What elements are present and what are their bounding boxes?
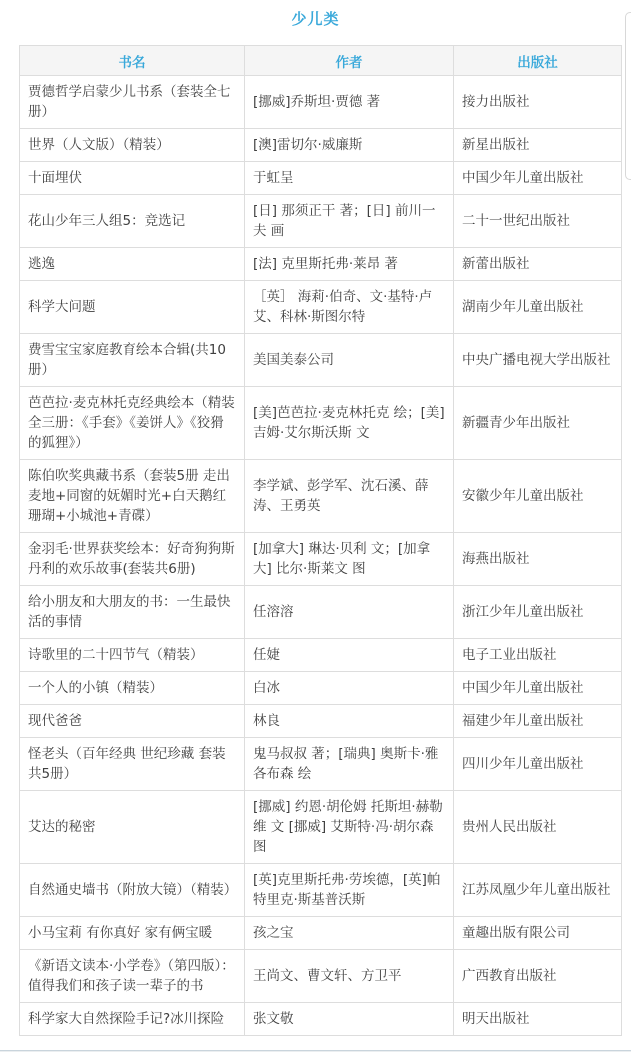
author-cell: 张文敬 (245, 1003, 454, 1036)
column-header-author: 作者 (245, 46, 454, 76)
table-row: 艾达的秘密[挪威] 约恩·胡伦姆 托斯坦·赫勒维 文 [挪威] 艾斯特·冯·胡尔… (20, 791, 622, 864)
partial-side-panel-edge (625, 12, 631, 180)
table-row: 《新语文读本·小学卷》（第四版）：值得我们和孩子读一辈子的书王尚文、曹文轩、方卫… (20, 950, 622, 1003)
book-title-cell: 十面埋伏 (20, 162, 245, 195)
table-row: 科学大问题［英］ 海莉·伯奇、文·基特·卢艾、科林·斯图尔特湖南少年儿童出版社 (20, 281, 622, 334)
publisher-cell: 广西教育出版社 (454, 950, 622, 1003)
publisher-cell: 贵州人民出版社 (454, 791, 622, 864)
publisher-cell: 四川少年儿童出版社 (454, 738, 622, 791)
book-title-cell: 陈伯吹奖典藏书系（套装5册 走出麦地+同窗的妩媚时光+白天鹅红珊瑚+小城池+青碟… (20, 460, 245, 533)
book-table: 书名 作者 出版社 贾德哲学启蒙少儿书系（套装全七册）[挪威]乔斯坦·贾德 著接… (19, 45, 622, 1036)
table-row: 花山少年三人组5：竞选记[日] 那须正干 著；[日] 前川一夫 画二十一世纪出版… (20, 195, 622, 248)
author-cell: [法] 克里斯托弗·莱昂 著 (245, 248, 454, 281)
publisher-cell: 电子工业出版社 (454, 639, 622, 672)
book-title-cell: 怪老头（百年经典 世纪珍藏 套装共5册） (20, 738, 245, 791)
table-row: 怪老头（百年经典 世纪珍藏 套装共5册）鬼马叔叔 著；[瑞典] 奥斯卡·雅各布森… (20, 738, 622, 791)
table-row: 十面埋伏于虹呈中国少年儿童出版社 (20, 162, 622, 195)
book-title-cell: 《新语文读本·小学卷》（第四版）：值得我们和孩子读一辈子的书 (20, 950, 245, 1003)
table-row: 一个人的小镇（精装）白冰中国少年儿童出版社 (20, 672, 622, 705)
table-row: 科学家大自然探险手记?冰川探险张文敬明天出版社 (20, 1003, 622, 1036)
author-cell: [挪威]乔斯坦·贾德 著 (245, 76, 454, 129)
publisher-cell: 江苏凤凰少年儿童出版社 (454, 864, 622, 917)
publisher-cell: 新蕾出版社 (454, 248, 622, 281)
publisher-cell: 童趣出版有限公司 (454, 917, 622, 950)
publisher-cell: 新疆青少年出版社 (454, 387, 622, 460)
publisher-cell: 中国少年儿童出版社 (454, 672, 622, 705)
table-row: 世界（人文版）（精装）[澳]雷切尔·威廉斯新星出版社 (20, 129, 622, 162)
page: 少儿类 书名 作者 出版社 贾德哲学启蒙少儿书系（套装全七册）[挪威]乔斯坦·贾… (0, 0, 631, 1057)
book-title-cell: 艾达的秘密 (20, 791, 245, 864)
book-title-cell: 给小朋友和大朋友的书：一生最快活的事情 (20, 586, 245, 639)
publisher-cell: 二十一世纪出版社 (454, 195, 622, 248)
table-row: 逃逸[法] 克里斯托弗·莱昂 著新蕾出版社 (20, 248, 622, 281)
author-cell: [英]克里斯托弗·劳埃德，[英]帕特里克·斯基普沃斯 (245, 864, 454, 917)
table-row: 金羽毛·世界获奖绘本：好奇狗狗斯丹利的欢乐故事(套装共6册)[加拿大] 琳达·贝… (20, 533, 622, 586)
publisher-cell: 安徽少年儿童出版社 (454, 460, 622, 533)
book-title-cell: 金羽毛·世界获奖绘本：好奇狗狗斯丹利的欢乐故事(套装共6册) (20, 533, 245, 586)
publisher-cell: 接力出版社 (454, 76, 622, 129)
publisher-cell: 湖南少年儿童出版社 (454, 281, 622, 334)
publisher-cell: 海燕出版社 (454, 533, 622, 586)
author-cell: 孩之宝 (245, 917, 454, 950)
book-title-cell: 一个人的小镇（精装） (20, 672, 245, 705)
author-cell: [日] 那须正干 著；[日] 前川一夫 画 (245, 195, 454, 248)
page-title: 少儿类 (0, 0, 631, 29)
book-title-cell: 小马宝莉 有你真好 家有俩宝暖 (20, 917, 245, 950)
publisher-cell: 福建少年儿童出版社 (454, 705, 622, 738)
table-row: 小马宝莉 有你真好 家有俩宝暖孩之宝童趣出版有限公司 (20, 917, 622, 950)
book-title-cell: 科学大问题 (20, 281, 245, 334)
table-row: 贾德哲学启蒙少儿书系（套装全七册）[挪威]乔斯坦·贾德 著接力出版社 (20, 76, 622, 129)
publisher-cell: 浙江少年儿童出版社 (454, 586, 622, 639)
table-row: 现代爸爸林良福建少年儿童出版社 (20, 705, 622, 738)
book-title-cell: 贾德哲学启蒙少儿书系（套装全七册） (20, 76, 245, 129)
table-row: 自然通史墙书（附放大镜）（精装）[英]克里斯托弗·劳埃德，[英]帕特里克·斯基普… (20, 864, 622, 917)
book-title-cell: 芭芭拉·麦克林托克经典绘本（精装全三册：《手套》《姜饼人》《狡猾的狐狸》） (20, 387, 245, 460)
table-header-row: 书名 作者 出版社 (20, 46, 622, 76)
author-cell: 白冰 (245, 672, 454, 705)
author-cell: [澳]雷切尔·威廉斯 (245, 129, 454, 162)
publisher-cell: 中央广播电视大学出版社 (454, 334, 622, 387)
table-body: 贾德哲学启蒙少儿书系（套装全七册）[挪威]乔斯坦·贾德 著接力出版社世界（人文版… (20, 76, 622, 1036)
bottom-divider (0, 1050, 631, 1052)
book-title-cell: 费雪宝宝家庭教育绘本合辑(共10册） (20, 334, 245, 387)
author-cell: 李学斌、彭学军、沈石溪、薛涛、王勇英 (245, 460, 454, 533)
table-row: 诗歌里的二十四节气（精装）任婕电子工业出版社 (20, 639, 622, 672)
table-row: 给小朋友和大朋友的书：一生最快活的事情任溶溶浙江少年儿童出版社 (20, 586, 622, 639)
publisher-cell: 明天出版社 (454, 1003, 622, 1036)
book-title-cell: 科学家大自然探险手记?冰川探险 (20, 1003, 245, 1036)
author-cell: 鬼马叔叔 著；[瑞典] 奥斯卡·雅各布森 绘 (245, 738, 454, 791)
column-header-book-title: 书名 (20, 46, 245, 76)
book-title-cell: 世界（人文版）（精装） (20, 129, 245, 162)
author-cell: [美]芭芭拉·麦克林托克 绘；[美]吉姆·艾尔斯沃斯 文 (245, 387, 454, 460)
book-title-cell: 诗歌里的二十四节气（精装） (20, 639, 245, 672)
author-cell: [挪威] 约恩·胡伦姆 托斯坦·赫勒维 文 [挪威] 艾斯特·冯·胡尔森 图 (245, 791, 454, 864)
table-row: 费雪宝宝家庭教育绘本合辑(共10册）美国美泰公司中央广播电视大学出版社 (20, 334, 622, 387)
author-cell: 林良 (245, 705, 454, 738)
author-cell: 美国美泰公司 (245, 334, 454, 387)
publisher-cell: 中国少年儿童出版社 (454, 162, 622, 195)
book-title-cell: 花山少年三人组5：竞选记 (20, 195, 245, 248)
author-cell: 任婕 (245, 639, 454, 672)
book-title-cell: 逃逸 (20, 248, 245, 281)
author-cell: [加拿大] 琳达·贝利 文；[加拿大] 比尔·斯莱文 图 (245, 533, 454, 586)
author-cell: ［英］ 海莉·伯奇、文·基特·卢艾、科林·斯图尔特 (245, 281, 454, 334)
author-cell: 于虹呈 (245, 162, 454, 195)
author-cell: 任溶溶 (245, 586, 454, 639)
book-title-cell: 现代爸爸 (20, 705, 245, 738)
table-row: 陈伯吹奖典藏书系（套装5册 走出麦地+同窗的妩媚时光+白天鹅红珊瑚+小城池+青碟… (20, 460, 622, 533)
book-title-cell: 自然通史墙书（附放大镜）（精装） (20, 864, 245, 917)
publisher-cell: 新星出版社 (454, 129, 622, 162)
column-header-publisher: 出版社 (454, 46, 622, 76)
author-cell: 王尚文、曹文轩、方卫平 (245, 950, 454, 1003)
table-row: 芭芭拉·麦克林托克经典绘本（精装全三册：《手套》《姜饼人》《狡猾的狐狸》）[美]… (20, 387, 622, 460)
